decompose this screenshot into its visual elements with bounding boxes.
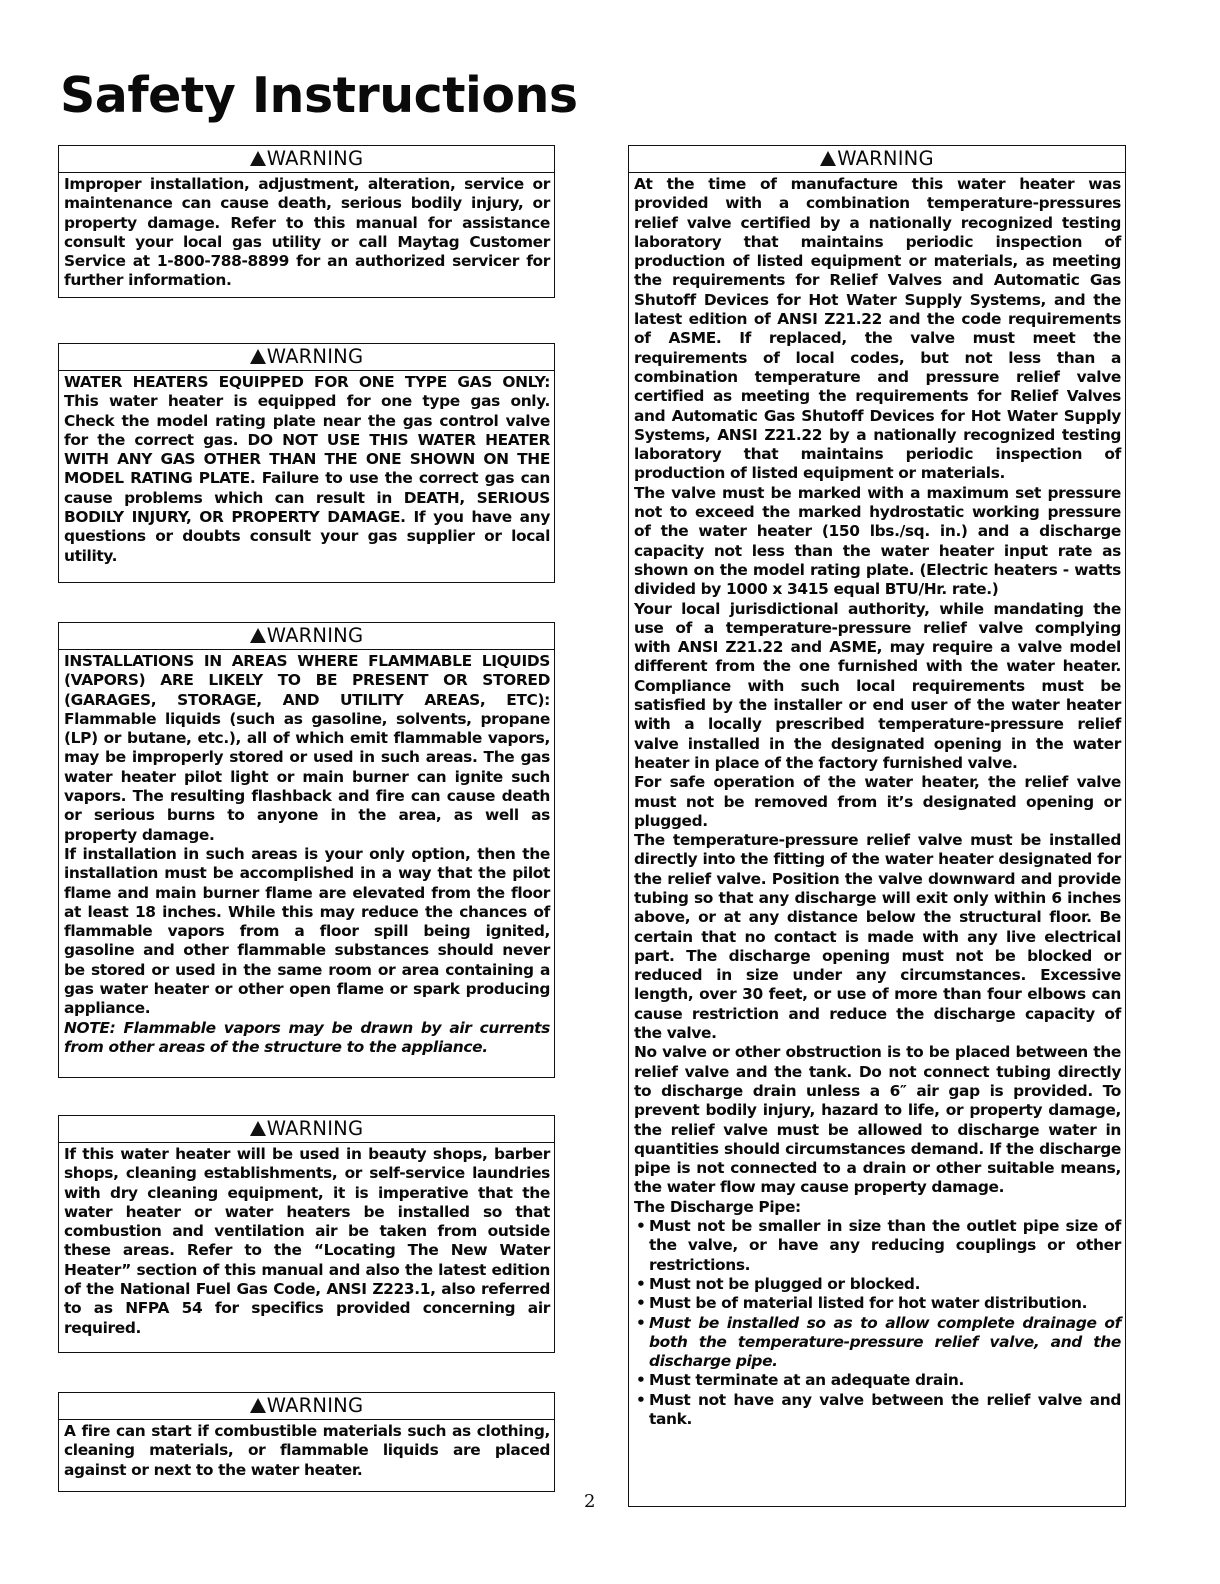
warning-box-beauty-shops: WARNING If this water heater will be use… [58,1115,555,1353]
warning-box-relief-valve: WARNING At the time of manufacture this … [628,145,1126,1507]
warning-text: A fire can start if combustible material… [59,1420,554,1482]
page-title: Safety Instructions [60,66,578,126]
list-item: Must be of material listed for hot water… [634,1294,1121,1313]
list-item: Must be installed so as to allow complet… [634,1314,1121,1372]
warning-text: INSTALLATIONS IN AREAS WHERE FLAMMABLE L… [59,650,554,1059]
warning-heading: WARNING [59,1393,554,1420]
warning-box-installation: WARNING Improper installation, adjustmen… [58,145,555,298]
discharge-pipe-label: The Discharge Pipe: [634,1198,1121,1217]
warning-heading: WARNING [59,1116,554,1143]
warning-triangle-icon [250,349,266,364]
warning-box-gas-type: WARNING WATER HEATERS EQUIPPED FOR ONE T… [58,343,555,583]
page-number: 2 [584,1491,595,1512]
list-item: Must not have any valve between the reli… [634,1391,1121,1430]
warning-heading: WARNING [59,623,554,650]
warning-text: WATER HEATERS EQUIPPED FOR ONE TYPE GAS … [59,371,554,568]
warning-box-fire: WARNING A fire can start if combustible … [58,1392,555,1492]
warning-triangle-icon [250,1398,266,1413]
warning-box-flammable-liquids: WARNING INSTALLATIONS IN AREAS WHERE FLA… [58,622,555,1078]
warning-text: At the time of manufacture this water he… [629,173,1125,1431]
warning-triangle-icon [820,151,836,166]
warning-heading: WARNING [59,146,554,173]
list-item: Must not be plugged or blocked. [634,1275,1121,1294]
list-item: Must terminate at an adequate drain. [634,1371,1121,1390]
warning-triangle-icon [250,1121,266,1136]
list-item: Must not be smaller in size than the out… [634,1217,1121,1275]
warning-heading: WARNING [59,344,554,371]
warning-triangle-icon [250,628,266,643]
warning-heading: WARNING [629,146,1125,173]
warning-text: If this water heater will be used in bea… [59,1143,554,1340]
discharge-pipe-requirements: Must not be smaller in size than the out… [634,1217,1121,1429]
warning-triangle-icon [250,151,266,166]
warning-text: Improper installation, adjustment, alter… [59,173,554,293]
